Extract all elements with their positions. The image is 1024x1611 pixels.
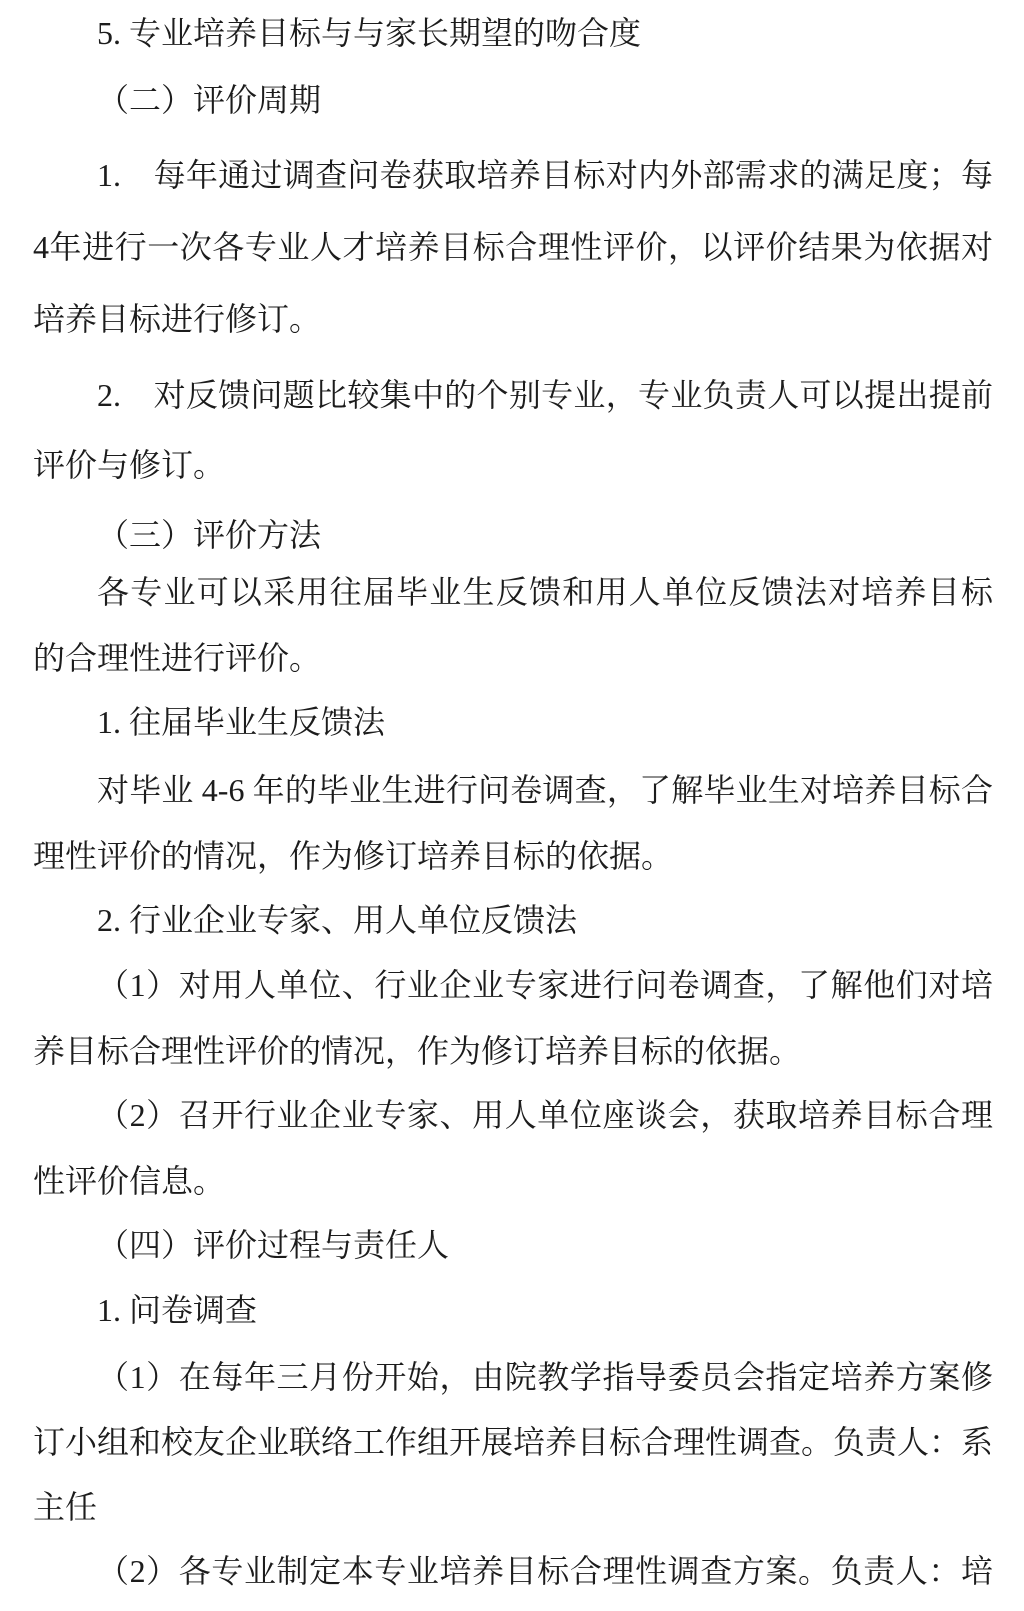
text-line: 养目标合理性评价的情况，作为修订培养目标的依据。	[33, 1018, 993, 1084]
text-line: 2. 行业企业专家、用人单位反馈法	[33, 887, 993, 953]
text-line: 1. 往届毕业生反馈法	[33, 689, 993, 755]
text-line: （2）召开行业企业专家、用人单位座谈会，获取培养目标合理	[33, 1082, 993, 1148]
para-early-evaluation: 2. 对反馈问题比较集中的个别专业，专业负责人可以提出提前 评价与修订。	[33, 360, 993, 500]
text-line: 5. 专业培养目标与与家长期望的吻合度	[33, 0, 993, 66]
para-employer-survey: （1）对用人单位、行业企业专家进行问卷调查，了解他们对培 养目标合理性评价的情况…	[33, 952, 993, 1084]
para-annual-survey-cycle: 1. 每年通过调查问卷获取培养目标对内外部需求的满足度；每 4年进行一次各专业人…	[33, 139, 993, 355]
text-line: 的合理性进行评价。	[33, 625, 993, 691]
text-line: （1）对用人单位、行业企业专家进行问卷调查，了解他们对培	[33, 952, 993, 1018]
text-line: 1. 问卷调查	[33, 1277, 993, 1343]
text-line: 订小组和校友企业联络工作组开展培养目标合理性调查。负责人：系	[33, 1410, 993, 1475]
heading-evaluation-cycle: （二）评价周期	[33, 67, 993, 133]
heading-employer-feedback-method: 2. 行业企业专家、用人单位反馈法	[33, 887, 993, 953]
text-line: 理性评价的情况，作为修订培养目标的依据。	[33, 823, 993, 889]
para-march-survey-responsibility: （1）在每年三月份开始，由院教学指导委员会指定培养方案修 订小组和校友企业联络工…	[33, 1345, 993, 1540]
text-line: 各专业可以采用往届毕业生反馈和用人单位反馈法对培养目标	[33, 559, 993, 625]
heading-graduate-feedback-method: 1. 往届毕业生反馈法	[33, 689, 993, 755]
para-employer-forum: （2）召开行业企业专家、用人单位座谈会，获取培养目标合理 性评价信息。	[33, 1082, 993, 1214]
para-graduate-survey-detail: 对毕业 4-6 年的毕业生进行问卷调查，了解毕业生对培养目标合 理性评价的情况，…	[33, 757, 993, 889]
text-line: （1）在每年三月份开始，由院教学指导委员会指定培养方案修	[33, 1345, 993, 1410]
para-method-overview: 各专业可以采用往届毕业生反馈和用人单位反馈法对培养目标 的合理性进行评价。	[33, 559, 993, 691]
heading-evaluation-process: （四）评价过程与责任人	[33, 1212, 993, 1278]
para-survey-plan-responsibility: （2）各专业制定本专业培养目标合理性调查方案。负责人：培	[33, 1539, 993, 1604]
text-line: 评价与修订。	[33, 430, 993, 500]
text-line: 主任	[33, 1475, 993, 1540]
text-line: （二）评价周期	[33, 67, 993, 133]
document-page: 5. 专业培养目标与与家长期望的吻合度 （二）评价周期 1. 每年通过调查问卷获…	[0, 0, 1024, 1611]
text-line: 培养目标进行修订。	[33, 283, 993, 355]
item-parent-expectation-fit: 5. 专业培养目标与与家长期望的吻合度	[33, 0, 993, 66]
text-line: 2. 对反馈问题比较集中的个别专业，专业负责人可以提出提前	[33, 360, 993, 430]
text-line: 对毕业 4-6 年的毕业生进行问卷调查，了解毕业生对培养目标合	[33, 757, 993, 823]
text-line: 性评价信息。	[33, 1148, 993, 1214]
text-line: 1. 每年通过调查问卷获取培养目标对内外部需求的满足度；每	[33, 139, 993, 211]
text-line: （2）各专业制定本专业培养目标合理性调查方案。负责人：培	[33, 1539, 993, 1604]
text-line: 4年进行一次各专业人才培养目标合理性评价，以评价结果为依据对	[33, 211, 993, 283]
heading-questionnaire-survey: 1. 问卷调查	[33, 1277, 993, 1343]
text-line: （四）评价过程与责任人	[33, 1212, 993, 1278]
